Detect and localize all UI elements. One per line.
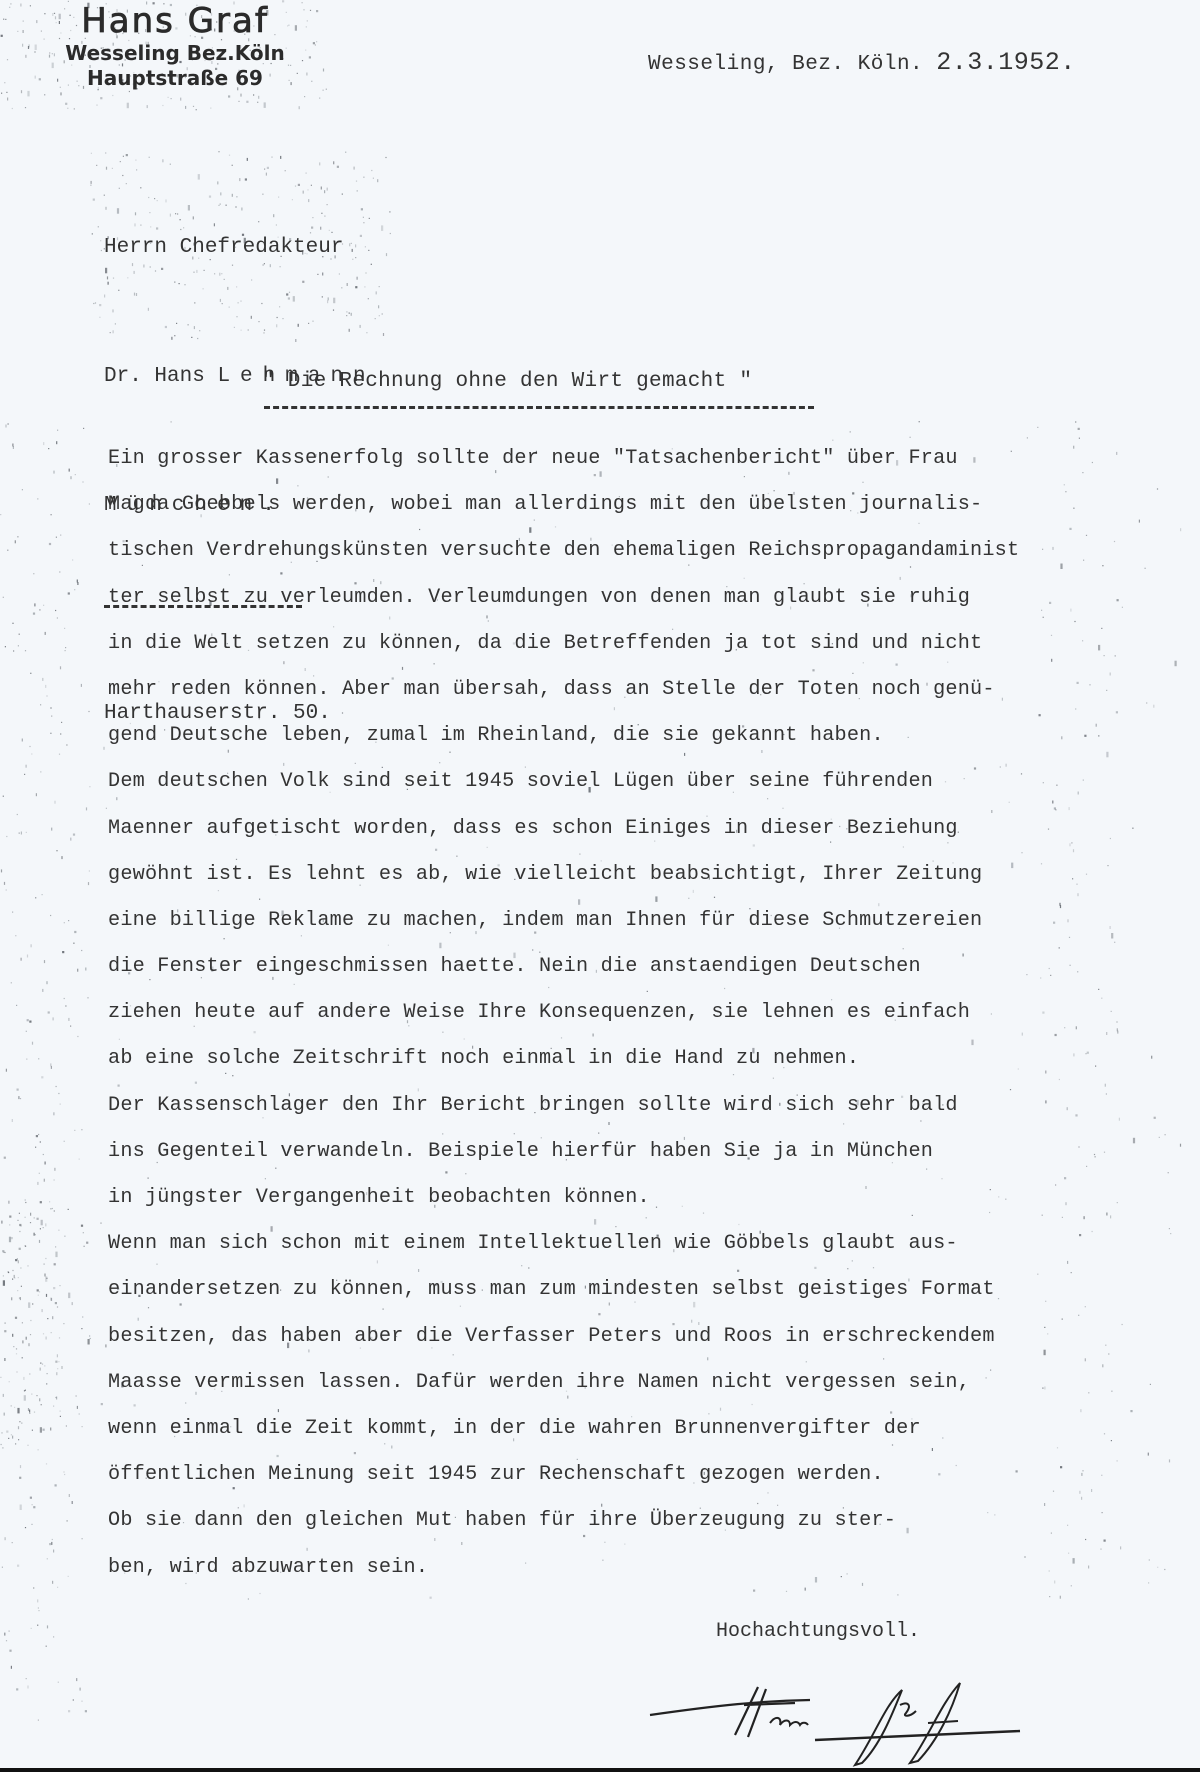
body-line: ab eine solche Zeitschrift noch einmal i…: [108, 1036, 1019, 1082]
letter-page: Hans Graf Wesseling Bez.Köln Hauptstraße…: [0, 0, 1200, 1768]
letterhead-city: Wesseling Bez.Köln: [40, 43, 310, 63]
signature-icon: [640, 1665, 1060, 1772]
body-line: Wenn man sich schon mit einem Intellektu…: [108, 1221, 1019, 1267]
body-line: Ein grosser Kassenerfolg sollte der neue…: [108, 436, 1019, 482]
body-line: in die Welt setzen zu können, da die Bet…: [108, 621, 1019, 667]
body-line: Ob sie dann den gleichen Mut haben für i…: [108, 1498, 1019, 1544]
body-line: ziehen heute auf andere Weise Ihre Konse…: [108, 990, 1019, 1036]
body-line: einandersetzen zu können, muss man zum m…: [108, 1267, 1019, 1313]
page-bottom-edge: [0, 1768, 1200, 1772]
body-line: eine billige Reklame zu machen, indem ma…: [108, 898, 1019, 944]
letter-date: 2.3.1952.: [936, 48, 1076, 77]
body-line: tischen Verdrehungskünsten versuchte den…: [108, 528, 1019, 574]
body-line: besitzen, das haben aber die Verfasser P…: [108, 1314, 1019, 1360]
body-line: wenn einmal die Zeit kommt, in der die w…: [108, 1406, 1019, 1452]
body-line: Der Kassenschlager den Ihr Bericht bring…: [108, 1083, 1019, 1129]
body-line: in jüngster Vergangenheit beobachten kön…: [108, 1175, 1019, 1221]
letterhead: Hans Graf Wesseling Bez.Köln Hauptstraße…: [40, 4, 310, 88]
body-line: Maenner aufgetischt worden, dass es scho…: [108, 806, 1019, 852]
body-line: gewöhnt ist. Es lehnt es ab, wie viellei…: [108, 852, 1019, 898]
letterhead-name: Hans Graf: [40, 4, 310, 38]
body-line: öffentlichen Meinung seit 1945 zur Reche…: [108, 1452, 1019, 1498]
place-date-line: Wesseling, Bez. Köln. 2.3.1952.: [648, 48, 1076, 77]
place: Wesseling, Bez. Köln.: [648, 53, 923, 76]
body-line: ben, wird abzuwarten sein.: [108, 1545, 1019, 1591]
body-line: ins Gegenteil verwandeln. Beispiele hier…: [108, 1129, 1019, 1175]
body-line: gend Deutsche leben, zumal im Rheinland,…: [108, 713, 1019, 759]
recipient-title: Herrn Chefredakteur: [104, 226, 376, 269]
body-line: Dem deutschen Volk sind seit 1945 soviel…: [108, 759, 1019, 805]
body-line: Magda Goebbels werden, wobei man allerdi…: [108, 482, 1019, 528]
letter-body: Ein grosser Kassenerfolg sollte der neue…: [108, 436, 1019, 1591]
letterhead-street: Hauptstraße 69: [40, 68, 310, 88]
body-line: mehr reden können. Aber man übersah, das…: [108, 667, 1019, 713]
body-line: die Fenster eingeschmissen haette. Nein …: [108, 944, 1019, 990]
subject-underline: [264, 406, 814, 409]
closing-salutation: Hochachtungsvoll.: [716, 1620, 920, 1643]
body-line: ter selbst zu verleumden. Verleumdungen …: [108, 575, 1019, 621]
body-line: Maasse vermissen lassen. Dafür werden ih…: [108, 1360, 1019, 1406]
subject-heading: " Die Rechnung ohne den Wirt gemacht ": [262, 370, 752, 393]
